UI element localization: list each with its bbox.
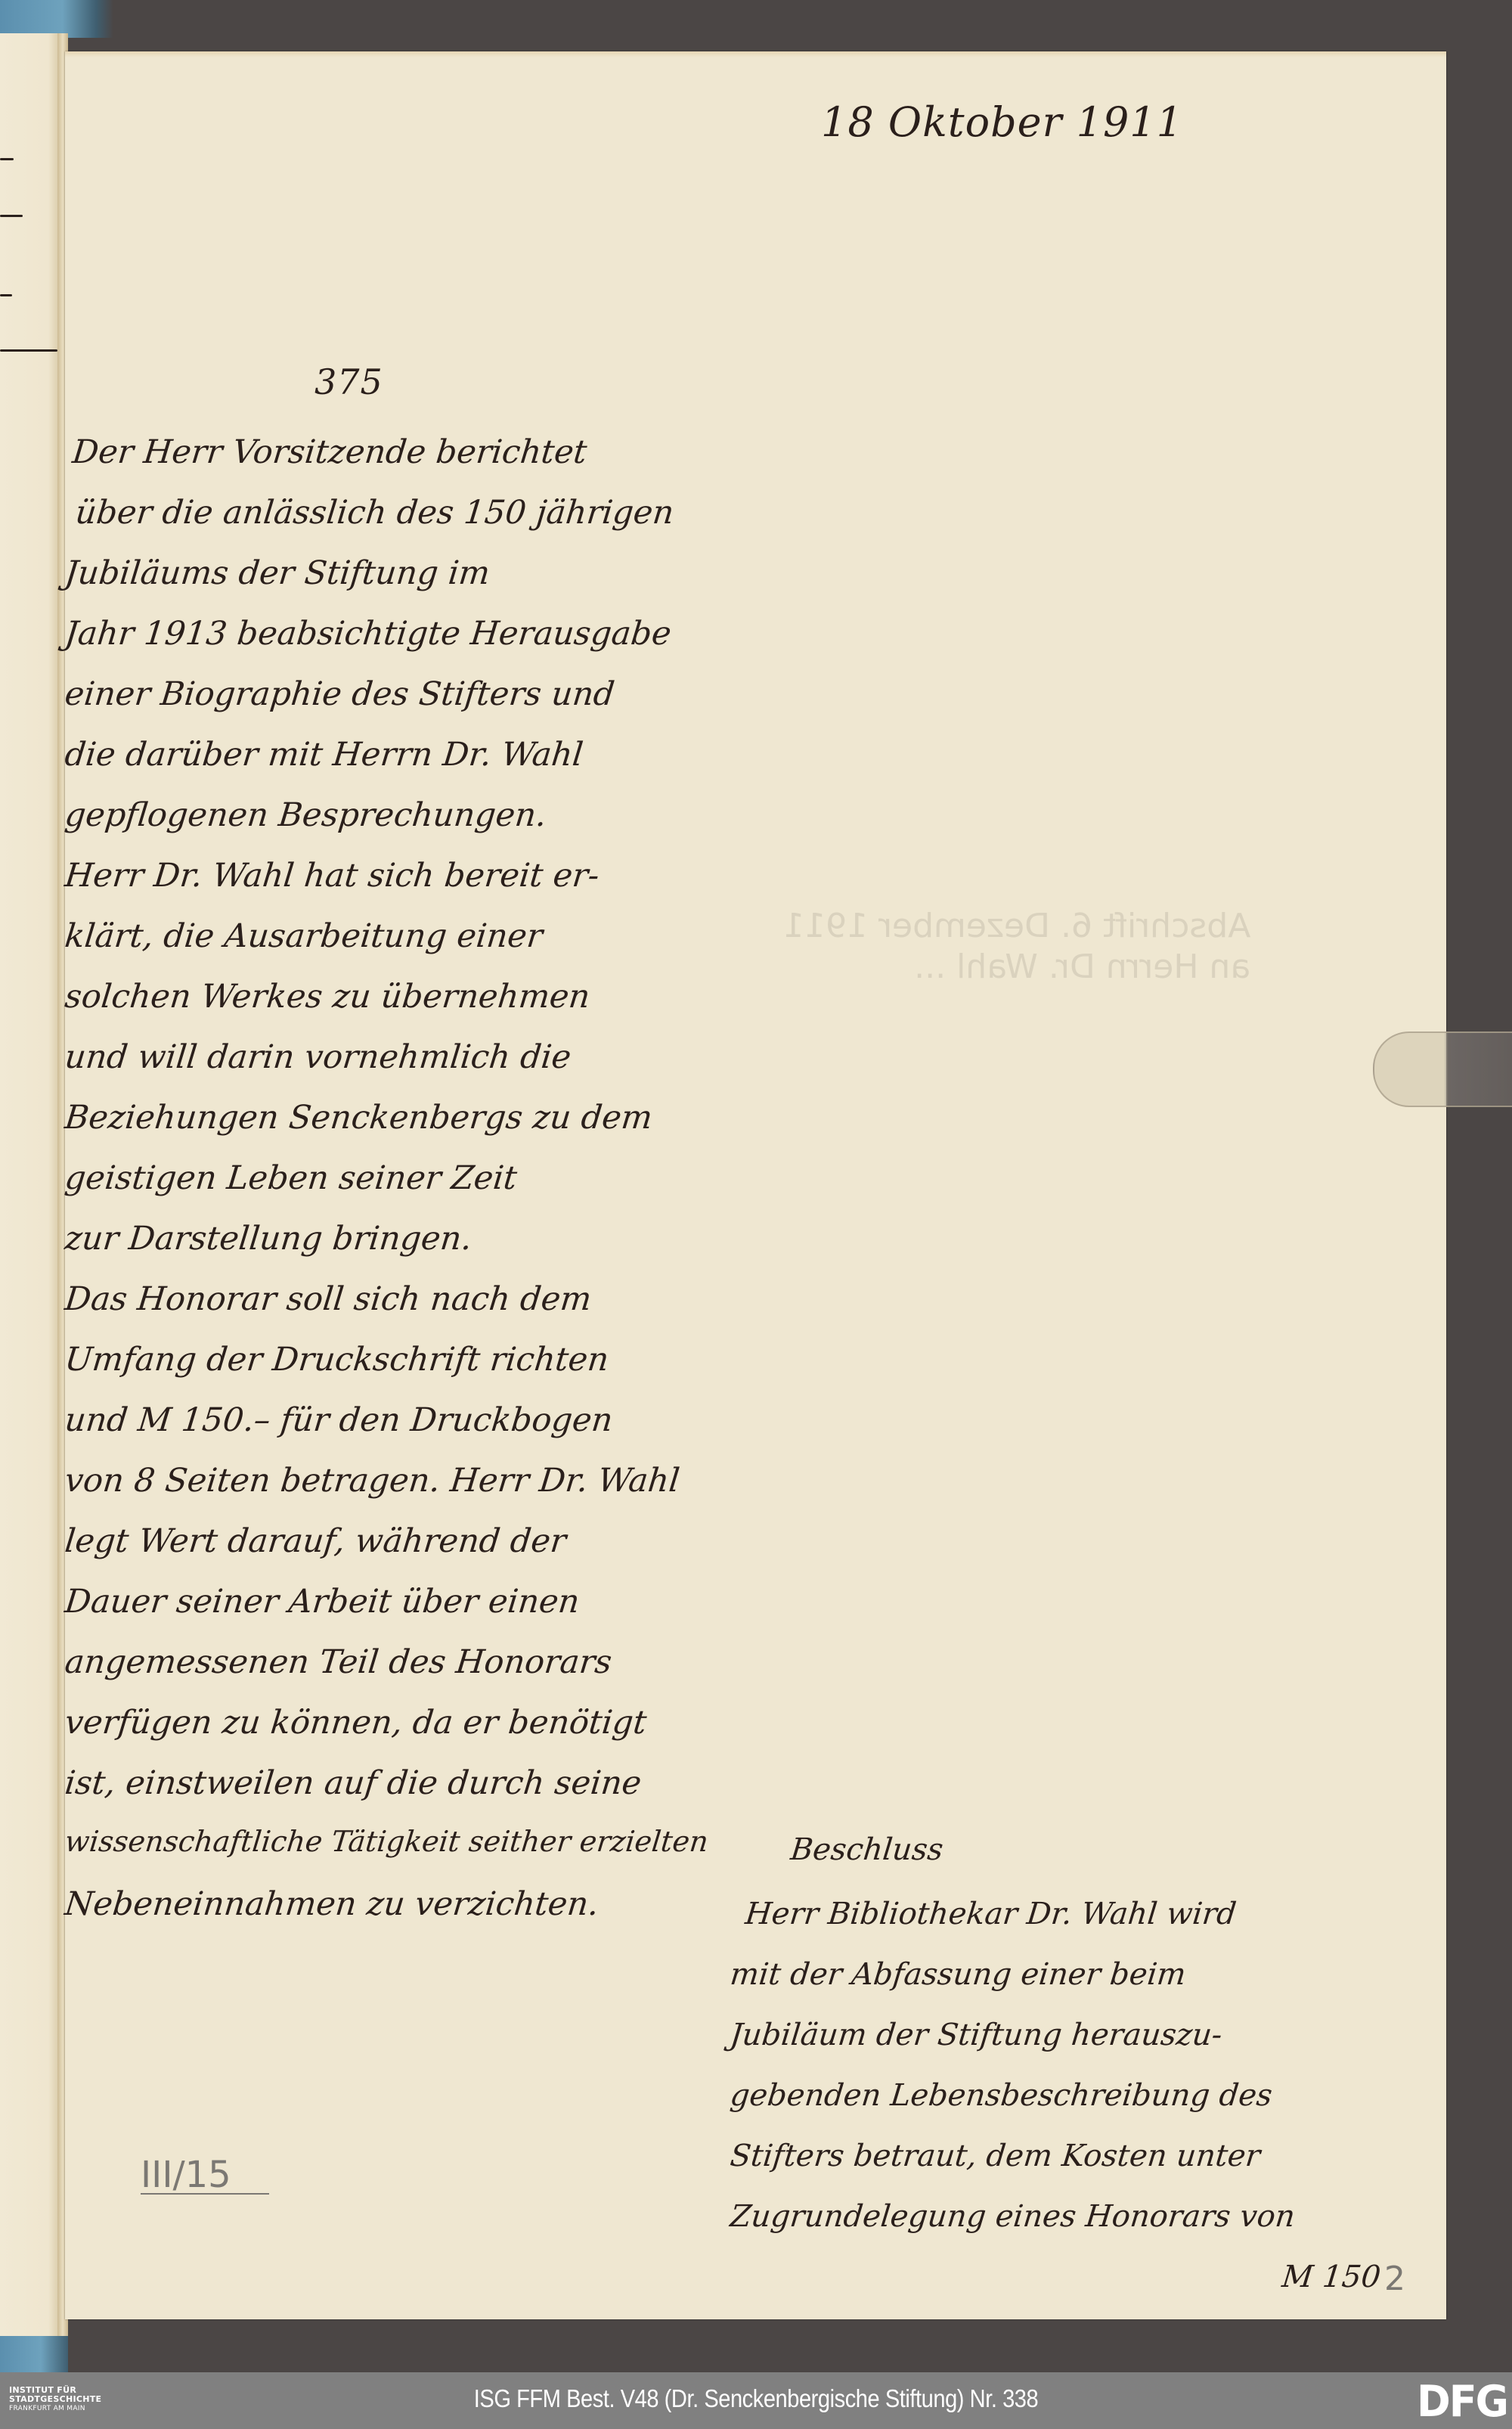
body-line: solchen Werkes zu übernehmen (63, 978, 591, 1016)
body-line: wissenschaftliche Tätigkeit seither erzi… (64, 1825, 710, 1858)
manuscript-page: Abschrift 6. Dezember 1911 an Herrn Dr. … (65, 51, 1446, 2319)
body-line: Herr Dr. Wahl hat sich bereit er- (63, 857, 601, 895)
body-line: über die anlässlich des 150 jährigen (73, 494, 675, 532)
resolution-line: Zugrundelegung eines Honorars von (729, 2199, 1297, 2234)
body-line: einer Biographie des Stifters und (63, 675, 616, 713)
show-through-text: Abschrift 6. Dezember 1911 an Herrn Dr. … (783, 906, 1250, 988)
body-line: und M 150.– für den Druckbogen (63, 1401, 615, 1439)
body-line: Das Honorar soll sich nach dem (63, 1280, 593, 1318)
resolution-line: Stifters betraut, dem Kosten unter (729, 2139, 1263, 2173)
page-number: 2 (1384, 2260, 1405, 2298)
previous-page-edge (0, 33, 60, 2336)
resolution-line: gebenden Lebensbeschreibung des (729, 2078, 1275, 2113)
ink-fragment (0, 294, 12, 296)
body-line: angemessenen Teil des Honorars (63, 1643, 613, 1681)
body-line: ist, einstweilen auf die durch seine (63, 1764, 643, 1802)
resolution-amount: M 150 (1281, 2260, 1383, 2294)
body-line: und will darin vornehmlich die (63, 1038, 572, 1076)
archive-caption: ISG FFM Best. V48 (Dr. Senckenbergische … (91, 2384, 1421, 2413)
body-line: von 8 Seiten betragen. Herr Dr. Wahl (63, 1462, 681, 1500)
footer-bar: INSTITUT FÜR STADTGESCHICHTE FRANKFURT A… (0, 2372, 1512, 2429)
ink-fragment (0, 215, 23, 217)
resolution-line: mit der Abfassung einer beim (729, 1957, 1188, 1992)
body-line: Dauer seiner Arbeit über einen (63, 1583, 581, 1621)
body-line: die darüber mit Herrn Dr. Wahl (63, 736, 584, 774)
resolution-line: Jubiläum der Stiftung herauszu- (729, 2018, 1224, 2052)
dfg-logo: DFG (1417, 2381, 1507, 2424)
folio-number: 375 (314, 361, 383, 402)
body-line: Jubiläums der Stiftung im (63, 554, 491, 592)
archive-pencil-mark: III/15 (141, 2154, 269, 2195)
body-line: legt Wert darauf, während der (63, 1522, 568, 1560)
binding-cloth-top (0, 0, 113, 38)
body-line: Umfang der Druckschrift richten (63, 1341, 610, 1379)
letter-date: 18 Oktober 1911 (821, 98, 1183, 146)
body-line: zur Darstellung bringen. (63, 1220, 473, 1258)
transparent-page-tab (1373, 1031, 1512, 1107)
body-line: gepflogenen Besprechungen. (63, 796, 548, 834)
body-line: Jahr 1913 beabsichtigte Herausgabe (63, 615, 673, 653)
resolution-heading: Beschluss (789, 1832, 945, 1867)
body-line: Der Herr Vorsitzende berichtet (70, 433, 588, 471)
resolution-line: Herr Bibliothekar Dr. Wahl wird (744, 1897, 1238, 1931)
body-line: geistigen Leben seiner Zeit (63, 1159, 519, 1197)
ink-fragment (0, 349, 57, 352)
body-line: Beziehungen Senckenbergs zu dem (63, 1099, 654, 1137)
institution-logo: INSTITUT FÜR STADTGESCHICHTE FRANKFURT A… (9, 2386, 101, 2413)
body-line: klärt, die Ausarbeitung einer (63, 917, 544, 955)
ink-fragment (0, 158, 14, 160)
body-line: verfügen zu können, da er benötigt (63, 1704, 648, 1742)
binding-cloth-bottom (0, 2333, 68, 2372)
page-top-edge (65, 51, 1446, 57)
body-line: Nebeneinnahmen zu verzichten. (63, 1885, 600, 1923)
